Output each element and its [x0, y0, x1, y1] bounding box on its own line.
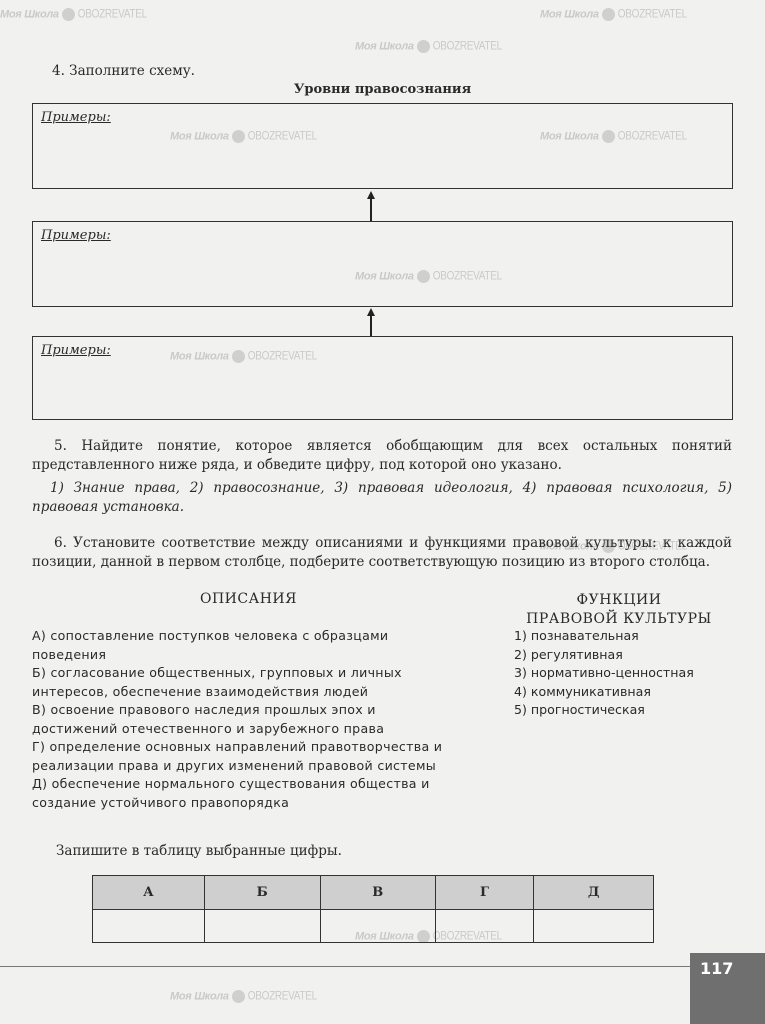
arrow-up-icon [370, 197, 372, 221]
descriptions-header: ОПИСАНИЯ [200, 591, 297, 607]
header-cell-d: Д [534, 876, 654, 910]
task4-heading: 4. Заполните схему. [52, 62, 195, 81]
header-cell-g: Г [435, 876, 534, 910]
examples-label: Примеры: [41, 110, 111, 125]
functions-header-line1: ФУНКЦИИ [514, 591, 724, 610]
scheme-title: Уровни правосознания [0, 82, 765, 97]
examples-label: Примеры: [41, 228, 111, 243]
answer-cell-v[interactable] [320, 910, 435, 943]
scheme-box-middle[interactable]: Примеры: [32, 221, 733, 307]
task5-options: 1) Знание права, 2) правосознание, 3) пр… [32, 479, 732, 517]
function-item: 1) познавательная [514, 627, 724, 646]
header-cell-a: А [93, 876, 205, 910]
description-item: Г) определение основных направлений прав… [32, 738, 464, 775]
description-item: Б) согласование общественных, групповых … [32, 664, 464, 701]
table-answer-row [93, 910, 654, 943]
header-cell-v: В [320, 876, 435, 910]
arrow-up-icon [370, 314, 372, 336]
scheme-box-bottom[interactable]: Примеры: [32, 336, 733, 420]
page-number: 117 [690, 953, 765, 1024]
function-item: 5) прогностическая [514, 701, 724, 720]
task6-text: 6. Установите соответствие между описани… [32, 534, 732, 572]
table-instruction: Запишите в таблицу выбранные цифры. [56, 842, 342, 861]
scheme-box-top[interactable]: Примеры: [32, 103, 733, 189]
examples-label: Примеры: [41, 343, 111, 358]
description-item: А) сопоставление поступков человека с об… [32, 627, 464, 664]
watermark: Моя ШколаOBOZREVATEL [0, 8, 147, 21]
watermark: Моя ШколаOBOZREVATEL [170, 990, 317, 1003]
header-cell-b: Б [204, 876, 320, 910]
watermark: Моя ШколаOBOZREVATEL [540, 8, 687, 21]
watermark: Моя ШколаOBOZREVATEL [355, 40, 502, 53]
footer-divider [0, 966, 690, 967]
function-item: 3) нормативно-ценностная [514, 664, 724, 683]
answer-cell-a[interactable] [93, 910, 205, 943]
table-header-row: А Б В Г Д [93, 876, 654, 910]
answer-cell-b[interactable] [204, 910, 320, 943]
description-item: В) освоение правового наследия прошлых э… [32, 701, 464, 738]
description-item: Д) обеспечение нормального существования… [32, 775, 464, 812]
task5-text: 5. Найдите понятие, которое является обо… [32, 437, 732, 475]
function-item: 4) коммуникативная [514, 683, 724, 702]
answer-cell-g[interactable] [435, 910, 534, 943]
function-item: 2) регулятивная [514, 646, 724, 665]
answer-table: А Б В Г Д [92, 875, 654, 943]
answer-cell-d[interactable] [534, 910, 654, 943]
